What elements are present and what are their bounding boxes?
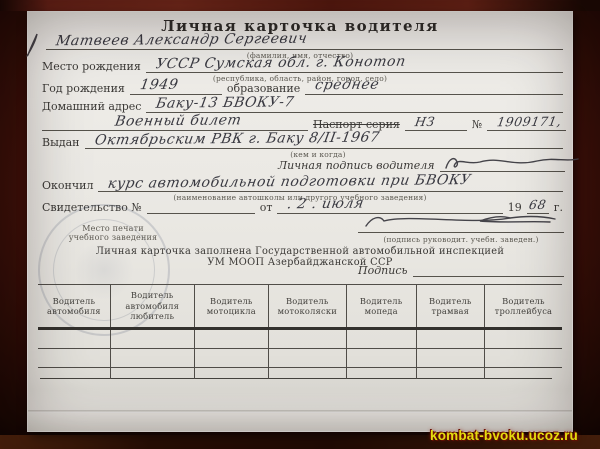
issued-label: Выдан (42, 137, 80, 149)
table-header-cell: Водитель автомобиля любитель (110, 285, 194, 329)
table-cell (194, 329, 268, 349)
education-label: образование (227, 83, 300, 95)
table-header-cell: Водитель трамвая (416, 285, 484, 329)
table-cell (484, 368, 562, 380)
driver-signature-icon (442, 153, 582, 173)
table-cell (38, 349, 110, 368)
table-header-cell: Водитель троллейбуса (484, 285, 562, 329)
education-field: среднее (305, 78, 563, 95)
table-cell (194, 368, 268, 380)
graduated-value: курс автомобильной подготовки при БВОКУ (97, 173, 477, 193)
id-doc-type-field: Военный билет (42, 114, 308, 131)
birth-place-field: УССР Сумская обл. г. Конотоп (146, 56, 563, 73)
inspector-signature-row: Подпись (358, 260, 564, 277)
name-field: Матвеев Александр Сергеевич (46, 33, 563, 50)
issued-value: Октябрьским РВК г. Баку 8/II-1967 (83, 130, 384, 150)
birth-place-label: Место рождения (42, 61, 141, 73)
table-cell (38, 329, 110, 349)
inspector-signature-field (413, 262, 564, 277)
issued-field: Октябрьским РВК г. Баку 8/II-1967 (85, 132, 563, 149)
table-cell (38, 368, 110, 380)
table-cell (416, 368, 484, 380)
id-doc-type-value: Военный билет (103, 113, 246, 131)
number-sign: № (472, 119, 482, 131)
passport-series-field: НЗ (405, 115, 467, 131)
site-watermark: kombat-bvoku.ucoz.ru (430, 428, 578, 443)
table-cell (269, 349, 347, 368)
birth-place-value: УССР Сумская обл. г. Конотоп (144, 54, 411, 73)
background-top-band (0, 0, 600, 11)
birth-place-row: Место рождения УССР Сумская обл. г. Коно… (42, 55, 563, 73)
table-cell (484, 329, 562, 349)
table-header-cell: Водитель мотоцикла (194, 285, 268, 329)
certificate-from-label: от (260, 202, 273, 214)
graduated-field: курс автомобильной подготовки при БВОКУ (98, 175, 563, 192)
education-value: среднее (304, 77, 385, 94)
passport-series-value: НЗ (404, 115, 440, 130)
head-signature-line (358, 232, 564, 233)
name-row: Матвеев Александр Сергеевич (46, 32, 563, 50)
table-cell (269, 329, 347, 349)
table-cell (110, 329, 194, 349)
photo-background: Личная карточка водителя Матвеев Алексан… (0, 0, 600, 449)
head-signature-caption: (подпись руководит. учебн. заведен.) (358, 235, 564, 244)
table-cell (416, 349, 484, 368)
table-cell (484, 349, 562, 368)
table-row (38, 368, 562, 380)
birth-year-label: Год рождения (42, 83, 125, 95)
table-header-cell: Водитель мопеда (346, 285, 416, 329)
driver-signature-label: Личная подпись водителя (278, 160, 435, 172)
table-cell (269, 368, 347, 380)
table-cell (346, 349, 416, 368)
certificate-number-field (147, 199, 255, 214)
passport-number-field: 1909171, (487, 115, 565, 131)
address-value: Баку-13 БВОКУ-7 (145, 95, 300, 113)
table-cell (346, 368, 416, 380)
table-cell (110, 368, 194, 380)
driver-categories-table: Водитель автомобиля Водитель автомобиля … (38, 284, 562, 379)
driver-signature-field (440, 157, 566, 172)
table-row (38, 349, 562, 368)
address-field: Баку-13 БВОКУ-7 (146, 96, 563, 113)
name-value: Матвеев Александр Сергеевич (44, 31, 312, 50)
passport-number-value: 1909171, (486, 115, 567, 131)
birth-year-value: 1949 (128, 77, 183, 94)
table-cell (194, 349, 268, 368)
table-cell (110, 349, 194, 368)
head-signature-icon (360, 210, 560, 232)
driver-signature-row: Личная подпись водителя (278, 154, 565, 172)
issued-row: Выдан Октябрьским РВК г. Баку 8/II-1967 (42, 131, 563, 149)
table-cell (416, 329, 484, 349)
birth-year-field: 1949 (130, 78, 222, 95)
graduated-row: Окончил курс автомобильной подготовки пр… (42, 174, 563, 192)
id-document-row: Военный билет Паспорт серия НЗ № 1909171… (42, 113, 563, 131)
table-cell (346, 329, 416, 349)
birth-year-row: Год рождения 1949 образование среднее (42, 78, 563, 95)
table-header-row: Водитель автомобиля Водитель автомобиля … (38, 285, 562, 329)
address-label: Домашний адрес (42, 101, 141, 113)
inspector-signature-label: Подпись (358, 265, 408, 277)
graduated-label: Окончил (42, 180, 93, 192)
table-header-cell: Водитель мотоколяски (269, 285, 347, 329)
address-row: Домашний адрес Баку-13 БВОКУ-7 (42, 96, 563, 113)
table-header-cell: Водитель автомобиля (38, 285, 110, 329)
driver-card-document: Личная карточка водителя Матвеев Алексан… (28, 12, 572, 431)
certificate-date-value: . 2 . июля (276, 196, 370, 213)
table-row (38, 329, 562, 349)
